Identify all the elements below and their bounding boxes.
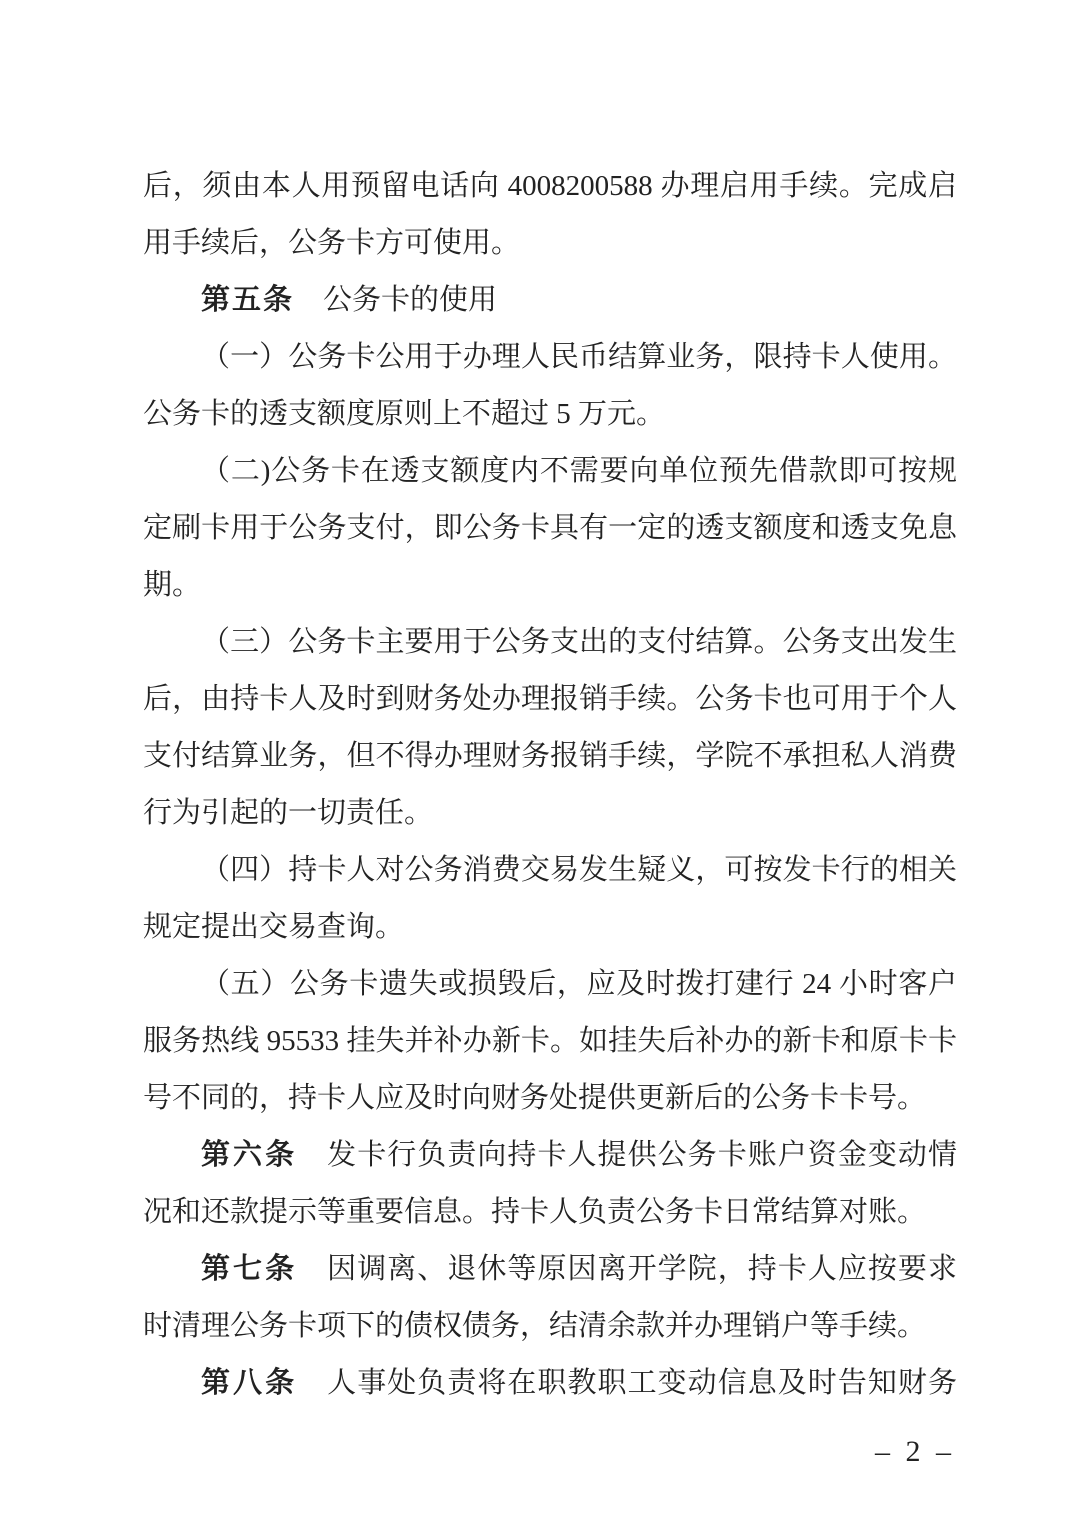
clause-number: 第六条 (201, 1139, 297, 1171)
paragraph: 第六条 发卡行负责向持卡人提供公务卡账户资金变动情况和还款提示等重要信息。持卡人… (143, 1127, 957, 1241)
paragraph: 后，须由本人用预留电话向 4008200588 办理启用手续。完成启用手续后，公… (143, 158, 957, 272)
text-line: 定刷卡用于公务支付，即公务卡具有一定的透支额度和透支免息 (143, 500, 957, 557)
document-page: 后，须由本人用预留电话向 4008200588 办理启用手续。完成启用手续后，公… (0, 0, 1085, 1536)
clause-text: 公务卡的使用 (294, 284, 497, 316)
page-number: – 2 – (875, 1432, 955, 1472)
document-body: 后，须由本人用预留电话向 4008200588 办理启用手续。完成启用手续后，公… (143, 158, 957, 1412)
clause-text: 发卡行负责向持卡人提供公务卡账户资金变动情 (297, 1139, 957, 1171)
paragraph: （三）公务卡主要用于公务支出的支付结算。公务支出发生后，由持卡人及时到财务处办理… (143, 614, 957, 842)
text-line: 第七条 因调离、退休等原因离开学院，持卡人应按要求及 (143, 1241, 957, 1298)
text-line: 支付结算业务，但不得办理财务报销手续，学院不承担私人消费 (143, 728, 957, 785)
text-line: 公务卡的透支额度原则上不超过 5 万元。 (143, 386, 957, 443)
paragraph: （一）公务卡公用于办理人民币结算业务，限持卡人使用。公务卡的透支额度原则上不超过… (143, 329, 957, 443)
text-line: 后，须由本人用预留电话向 4008200588 办理启用手续。完成启 (143, 158, 957, 215)
paragraph: 第七条 因调离、退休等原因离开学院，持卡人应按要求及时清理公务卡项下的债权债务，… (143, 1241, 957, 1355)
text-line: 况和还款提示等重要信息。持卡人负责公务卡日常结算对账。 (143, 1184, 957, 1241)
text-line: 时清理公务卡项下的债权债务，结清余款并办理销户等手续。 (143, 1298, 957, 1355)
text-line: 服务热线 95533 挂失并补办新卡。如挂失后补办的新卡和原卡卡 (143, 1013, 957, 1070)
text-line: 行为引起的一切责任。 (143, 785, 957, 842)
clause-text: 人事处负责将在职教职工变动信息及时告知财务 (297, 1367, 957, 1399)
text-line: （二)公务卡在透支额度内不需要向单位预先借款即可按规 (143, 443, 957, 500)
text-line: （四）持卡人对公务消费交易发生疑义，可按发卡行的相关 (143, 842, 957, 899)
clause-number: 第五条 (201, 284, 294, 316)
text-line: （一）公务卡公用于办理人民币结算业务，限持卡人使用。 (143, 329, 957, 386)
text-line: 后，由持卡人及时到财务处办理报销手续。公务卡也可用于个人 (143, 671, 957, 728)
text-line: 用手续后，公务卡方可使用。 (143, 215, 957, 272)
clause-number: 第八条 (201, 1367, 297, 1399)
text-line: 第八条 人事处负责将在职教职工变动信息及时告知财务 (143, 1355, 957, 1412)
text-line: 第五条 公务卡的使用 (143, 272, 957, 329)
clause-number: 第七条 (201, 1253, 297, 1285)
paragraph: 第八条 人事处负责将在职教职工变动信息及时告知财务 (143, 1355, 957, 1412)
text-line: 规定提出交易查询。 (143, 899, 957, 956)
text-line: 期。 (143, 557, 957, 614)
text-line: （三）公务卡主要用于公务支出的支付结算。公务支出发生 (143, 614, 957, 671)
text-line: 第六条 发卡行负责向持卡人提供公务卡账户资金变动情 (143, 1127, 957, 1184)
paragraph: （五）公务卡遗失或损毁后，应及时拨打建行 24 小时客户服务热线 95533 挂… (143, 956, 957, 1127)
text-line: （五）公务卡遗失或损毁后，应及时拨打建行 24 小时客户 (143, 956, 957, 1013)
paragraph: （二)公务卡在透支额度内不需要向单位预先借款即可按规定刷卡用于公务支付，即公务卡… (143, 443, 957, 614)
text-line: 号不同的，持卡人应及时向财务处提供更新后的公务卡卡号。 (143, 1070, 957, 1127)
paragraph: （四）持卡人对公务消费交易发生疑义，可按发卡行的相关规定提出交易查询。 (143, 842, 957, 956)
paragraph: 第五条 公务卡的使用 (143, 272, 957, 329)
